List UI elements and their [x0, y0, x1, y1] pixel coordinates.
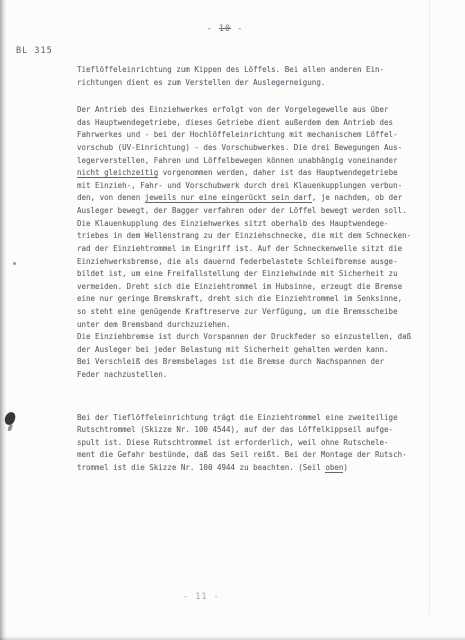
text-line: nicht gleichzeitig vorgenommen werden, d…: [77, 167, 419, 180]
text-line: Die Klauenkupplung des Einziehwerkes sit…: [77, 218, 419, 231]
text-line: eine nur geringe Bremskraft, dreht sich …: [77, 293, 419, 306]
text-segment: Der Antrieb des Einziehwerkes erfolgt vo…: [77, 105, 389, 114]
text-segment: eine nur geringe Bremskraft, dreht sich …: [77, 294, 402, 303]
text-segment: unter dem Bremsband durchzuziehen.: [77, 320, 231, 329]
text-segment: das Hauptwendegetriebe, dieses Getriebe …: [77, 118, 393, 127]
paragraph: Bei der Tieflöffeleinrichtung trägt die …: [77, 412, 419, 475]
text-segment: Ausleger bewegt, der Bagger verfahren od…: [77, 206, 407, 215]
text-line: Fahrwerkes und - bei der Hochlöffeleinri…: [77, 129, 419, 142]
text-segment: ): [343, 463, 348, 472]
text-line: der Ausleger bei jeder Belastung mit Sic…: [77, 344, 419, 357]
text-line: den, von denen jeweils nur eine eingerüc…: [77, 192, 419, 205]
text-segment: vermeiden. Dreht sich die Einziehtrommel…: [77, 282, 402, 291]
text-segment: Fahrwerkes und - bei der Hochlöffeleinri…: [77, 130, 398, 139]
text-line: ment die Gefahr bestünde, daß das Seil r…: [77, 449, 419, 462]
header-right-dash: -: [231, 24, 243, 34]
paragraph: Die Einziehbremse ist durch Vorspannen d…: [77, 331, 419, 381]
text-line: trommel ist die Skizze Nr. 100 4944 zu b…: [77, 462, 419, 475]
text-line: das Hauptwendegetriebe, dieses Getriebe …: [77, 117, 419, 130]
text-line: Feder nachzustellen.: [77, 369, 419, 382]
underlined-text: oben: [325, 463, 343, 473]
text-line: rad der Einziehtrommel im Eingriff ist. …: [77, 243, 419, 256]
text-segment: vorschub (UV-Einrichtung) - des Vorschub…: [77, 143, 402, 152]
text-segment: vorgenommen werden, daher ist das Hauptw…: [158, 168, 397, 177]
text-segment: mit Einzieh-, Fahr- und Vorschubwerk dur…: [77, 181, 402, 190]
text-segment: Einziehwerksbremse, die als dauernd fede…: [77, 257, 398, 266]
underlined-text: nicht gleichzeitig: [77, 168, 158, 178]
text-segment: den, von denen: [77, 193, 145, 202]
page-header: - 10 -: [0, 24, 450, 34]
text-line: Rutschtrommel (Skizze Nr. 100 4544), auf…: [77, 424, 419, 437]
page-footer: - 11 -: [183, 592, 220, 602]
text-line: mit Einzieh-, Fahr- und Vorschubwerk dur…: [77, 180, 419, 193]
text-segment: Bei Verschleiß des Bremsbelages ist die …: [77, 357, 384, 366]
text-segment: der Ausleger bei jeder Belastung mit Sic…: [77, 345, 389, 354]
text-segment: spult ist. Diese Rutschtrommel ist erfor…: [77, 438, 389, 447]
text-segment: richtungen dient es zum Verstellen der A…: [77, 78, 325, 87]
document-page: - 10 - BL 315 Tieflöffeleinrichtung zum …: [0, 0, 465, 640]
text-line: richtungen dient es zum Verstellen der A…: [77, 77, 419, 90]
text-segment: trommel ist die Skizze Nr. 100 4944 zu b…: [77, 463, 325, 472]
text-line: Die Einziehbremse ist durch Vorspannen d…: [77, 331, 419, 344]
scan-line-artifact: [429, 0, 430, 614]
text-segment: ment die Gefahr bestünde, daß das Seil r…: [77, 450, 407, 459]
text-segment: so steht eine genügende Kraftreserve zur…: [77, 307, 398, 316]
text-line: Der Antrieb des Einziehwerkes erfolgt vo…: [77, 104, 419, 117]
text-segment: Die Klauenkupplung des Einziehwerkes sit…: [77, 219, 389, 228]
text-segment: Bei der Tieflöffeleinrichtung trägt die …: [77, 413, 398, 422]
text-line: triebes in dem Wellenstrang zu der Einzi…: [77, 230, 419, 243]
text-line: so steht eine genügende Kraftreserve zur…: [77, 306, 419, 319]
text-segment: Rutschtrommel (Skizze Nr. 100 4544), auf…: [77, 425, 393, 434]
text-line: bildet ist, um eine Freifallstellung der…: [77, 268, 419, 281]
text-line: Einziehwerksbremse, die als dauernd fede…: [77, 256, 419, 269]
document-code: BL 315: [16, 46, 53, 56]
text-line: Ausleger bewegt, der Bagger verfahren od…: [77, 205, 419, 218]
paragraph: Der Antrieb des Einziehwerkes erfolgt vo…: [77, 104, 419, 217]
text-line: vorschub (UV-Einrichtung) - des Vorschub…: [77, 142, 419, 155]
text-segment: Tieflöffeleinrichtung zum Kippen des Löf…: [77, 65, 384, 74]
text-line: Tieflöffeleinrichtung zum Kippen des Löf…: [77, 64, 419, 77]
text-segment: rad der Einziehtrommel im Eingriff ist. …: [77, 244, 402, 253]
text-segment: Die Einziehbremse ist durch Vorspannen d…: [77, 332, 411, 341]
text-line: vermeiden. Dreht sich die Einziehtrommel…: [77, 281, 419, 294]
struck-page-number: 10: [219, 24, 231, 34]
text-line: Bei Verschleiß des Bremsbelages ist die …: [77, 356, 419, 369]
scan-bottom-shadow: [0, 636, 465, 640]
text-segment: legerverstellen, Fahren und Löffelbewege…: [77, 156, 398, 165]
header-left-dash: -: [207, 24, 219, 34]
text-segment: bildet ist, um eine Freifallstellung der…: [77, 269, 398, 278]
text-line: spult ist. Diese Rutschtrommel ist erfor…: [77, 437, 419, 450]
paragraph: Tieflöffeleinrichtung zum Kippen des Löf…: [77, 64, 419, 89]
paragraph: Die Klauenkupplung des Einziehwerkes sit…: [77, 218, 419, 331]
text-line: legerverstellen, Fahren und Löffelbewege…: [77, 155, 419, 168]
document-body: Tieflöffeleinrichtung zum Kippen des Löf…: [77, 64, 419, 475]
text-segment: triebes in dem Wellenstrang zu der Einzi…: [77, 231, 411, 240]
text-line: Bei der Tieflöffeleinrichtung trägt die …: [77, 412, 419, 425]
ink-speck: [13, 262, 16, 265]
scan-edge-shadow: [0, 0, 7, 640]
text-segment: , je nachdem, ob der: [312, 193, 402, 202]
underlined-text: jeweils nur eine eingerückt sein darf: [145, 193, 312, 203]
text-line: unter dem Bremsband durchzuziehen.: [77, 319, 419, 332]
text-segment: Feder nachzustellen.: [77, 370, 167, 379]
